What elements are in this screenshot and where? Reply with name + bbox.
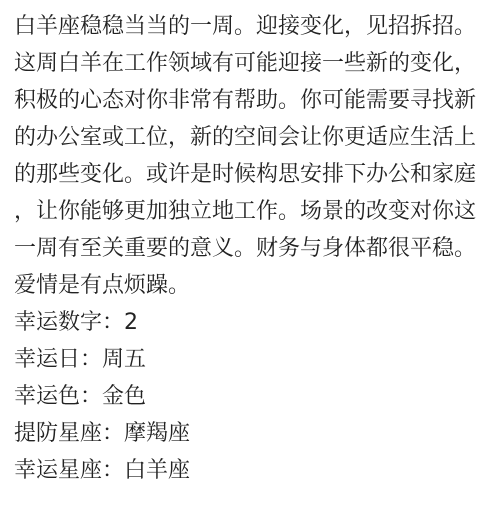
lucky-day: 幸运日：周五 — [14, 341, 499, 378]
lucky-number: 幸运数字：2 — [14, 304, 499, 341]
paragraph-line-2: 这周白羊在工作领域有可能迎接一些新的变化， — [14, 45, 499, 82]
paragraph-line-4: 的办公室或工位，新的空间会让你更适应生活上 — [14, 119, 499, 156]
lucky-color: 幸运色：金色 — [14, 378, 499, 415]
paragraph-line-1: 白羊座稳稳当当的一周。迎接变化，见招拆招。 — [14, 8, 499, 45]
horoscope-document: 白羊座稳稳当当的一周。迎接变化，见招拆招。 这周白羊在工作领域有可能迎接一些新的… — [0, 0, 499, 489]
beware-sign: 提防星座：摩羯座 — [14, 415, 499, 452]
paragraph-line-6: ，让你能够更加独立地工作。场景的改变对你这 — [14, 193, 499, 230]
paragraph-line-8: 爱情是有点烦躁。 — [14, 267, 499, 304]
lucky-sign: 幸运星座：白羊座 — [14, 452, 499, 489]
paragraph-line-7: 一周有至关重要的意义。财务与身体都很平稳。 — [14, 230, 499, 267]
paragraph-line-5: 的那些变化。或许是时候构思安排下办公和家庭 — [14, 156, 499, 193]
paragraph-line-3: 积极的心态对你非常有帮助。你可能需要寻找新 — [14, 82, 499, 119]
